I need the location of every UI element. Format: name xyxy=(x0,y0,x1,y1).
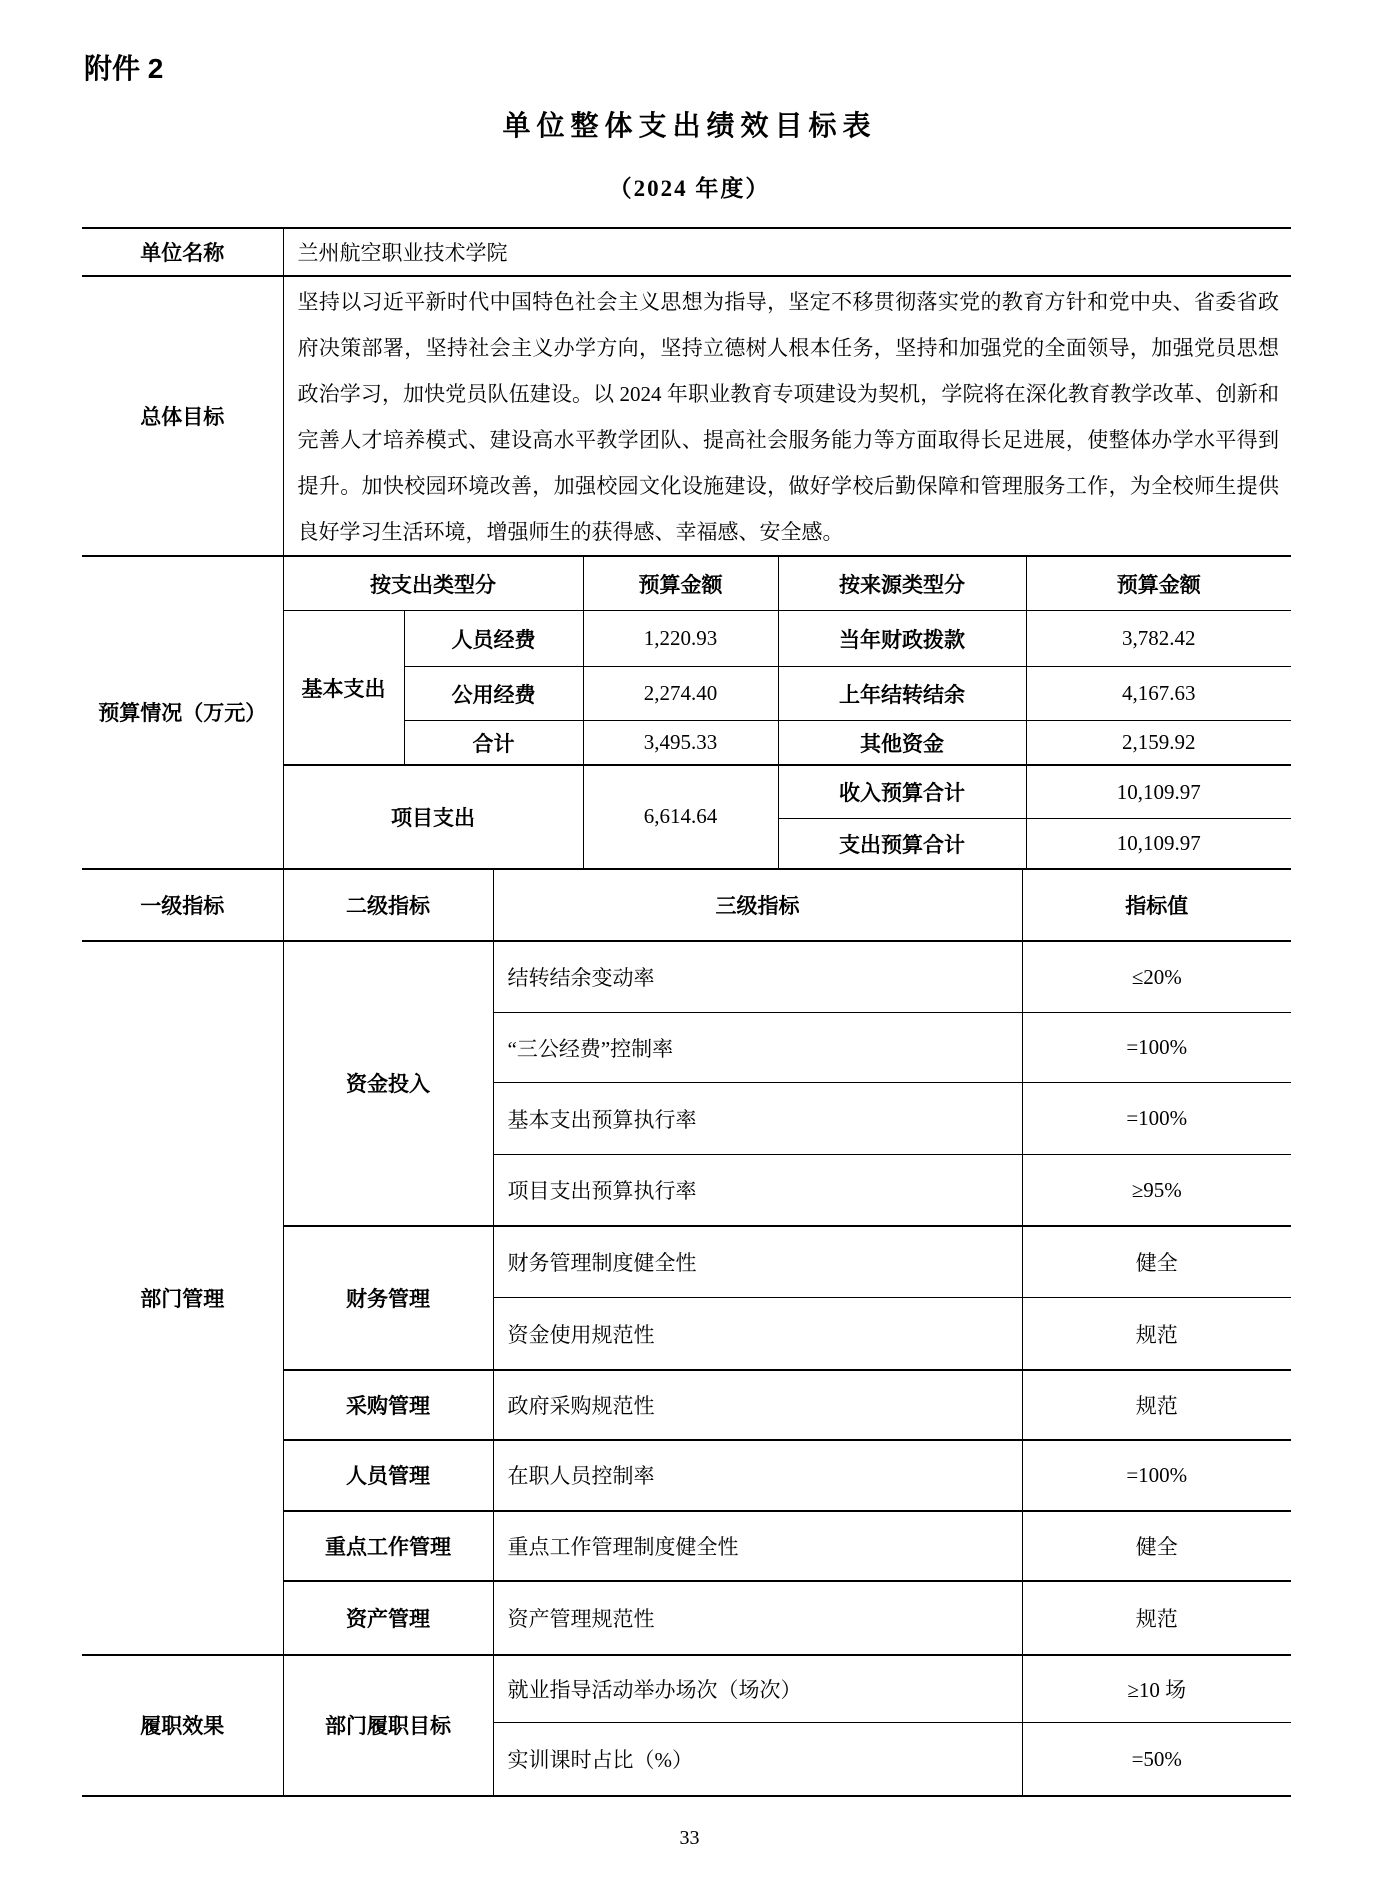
indicator-value: 健全 xyxy=(1022,1226,1291,1298)
indicator-value: ≥10 场 xyxy=(1022,1655,1291,1723)
budget-section-label: 预算情况（万元） xyxy=(82,557,283,869)
overall-goal-text: 坚持以习近平新时代中国特色社会主义思想为指导，坚定不移贯彻落实党的教育方针和党中… xyxy=(283,276,1291,556)
unit-name-label: 单位名称 xyxy=(82,228,283,276)
table-row: 单位名称 兰州航空职业技术学院 xyxy=(82,228,1291,276)
budget-header-amount-right: 预算金额 xyxy=(1026,557,1291,611)
attachment-label: 附件 2 xyxy=(84,52,1379,86)
level2-indicator: 重点工作管理 xyxy=(283,1511,493,1581)
level3-indicator-name: 重点工作管理制度健全性 xyxy=(493,1511,1022,1581)
indicator-value: =100% xyxy=(1022,1440,1291,1511)
document-page: 附件 2 单位整体支出绩效目标表 （2024 年度） 单位名称 兰州航空职业技术… xyxy=(0,0,1379,1880)
project-expenditure-label: 项目支出 xyxy=(283,765,583,869)
level3-indicator-name: 资金使用规范性 xyxy=(493,1298,1022,1370)
table-row: 部门管理 资金投入 结转结余变动率 ≤20% xyxy=(82,941,1291,1013)
table-row: 总体目标 坚持以习近平新时代中国特色社会主义思想为指导，坚定不移贯彻落实党的教育… xyxy=(82,276,1291,556)
level3-indicator-name: 资产管理规范性 xyxy=(493,1581,1022,1655)
indicator-value: ≥95% xyxy=(1022,1155,1291,1226)
source-item-name: 当年财政拨款 xyxy=(778,611,1026,667)
basic-item-name: 公用经费 xyxy=(404,667,583,721)
level2-indicator: 财务管理 xyxy=(283,1226,493,1370)
indicators-table: 一级指标 二级指标 三级指标 指标值 部门管理 资金投入 结转结余变动率 ≤20… xyxy=(82,870,1291,1797)
table-row: 一级指标 二级指标 三级指标 指标值 xyxy=(82,870,1291,941)
level3-indicator-name: 项目支出预算执行率 xyxy=(493,1155,1022,1226)
table-row: 预算情况（万元） 按支出类型分 预算金额 按来源类型分 预算金额 xyxy=(82,557,1291,611)
basic-expenditure-label: 基本支出 xyxy=(283,611,404,765)
document-title: 单位整体支出绩效目标表 xyxy=(0,110,1379,144)
level3-indicator-name: 基本支出预算执行率 xyxy=(493,1083,1022,1155)
budget-header-expenditure-type: 按支出类型分 xyxy=(283,557,583,611)
indicator-value: ≤20% xyxy=(1022,941,1291,1013)
total-item-amount: 10,109.97 xyxy=(1026,765,1291,819)
total-item-name: 收入预算合计 xyxy=(778,765,1026,819)
indicator-header-level1: 一级指标 xyxy=(82,870,283,941)
level3-indicator-name: 财务管理制度健全性 xyxy=(493,1226,1022,1298)
indicator-value: =50% xyxy=(1022,1723,1291,1796)
indicator-header-value: 指标值 xyxy=(1022,870,1291,941)
indicator-value: =100% xyxy=(1022,1013,1291,1083)
table-row: 履职效果 部门履职目标 就业指导活动举办场次（场次） ≥10 场 xyxy=(82,1655,1291,1723)
basic-item-name: 人员经费 xyxy=(404,611,583,667)
level3-indicator-name: 在职人员控制率 xyxy=(493,1440,1022,1511)
indicator-value: 健全 xyxy=(1022,1511,1291,1581)
indicator-header-level2: 二级指标 xyxy=(283,870,493,941)
level2-indicator: 人员管理 xyxy=(283,1440,493,1511)
unit-name-value: 兰州航空职业技术学院 xyxy=(283,228,1291,276)
indicator-value: =100% xyxy=(1022,1083,1291,1155)
level1-indicator: 部门管理 xyxy=(82,941,283,1655)
total-item-amount: 10,109.97 xyxy=(1026,819,1291,869)
source-item-amount: 4,167.63 xyxy=(1026,667,1291,721)
total-item-name: 支出预算合计 xyxy=(778,819,1026,869)
level3-indicator-name: 就业指导活动举办场次（场次） xyxy=(493,1655,1022,1723)
level3-indicator-name: 政府采购规范性 xyxy=(493,1370,1022,1440)
unit-info-table: 单位名称 兰州航空职业技术学院 总体目标 坚持以习近平新时代中国特色社会主义思想… xyxy=(82,227,1291,557)
basic-item-amount: 3,495.33 xyxy=(583,721,778,765)
indicator-header-level3: 三级指标 xyxy=(493,870,1022,941)
level2-indicator: 部门履职目标 xyxy=(283,1655,493,1796)
indicator-value: 规范 xyxy=(1022,1581,1291,1655)
level3-indicator-name: 结转结余变动率 xyxy=(493,941,1022,1013)
source-item-amount: 2,159.92 xyxy=(1026,721,1291,765)
source-item-amount: 3,782.42 xyxy=(1026,611,1291,667)
performance-target-table: 单位名称 兰州航空职业技术学院 总体目标 坚持以习近平新时代中国特色社会主义思想… xyxy=(82,227,1291,1797)
budget-header-amount-left: 预算金额 xyxy=(583,557,778,611)
level1-indicator: 履职效果 xyxy=(82,1655,283,1796)
basic-item-amount: 2,274.40 xyxy=(583,667,778,721)
document-subtitle: （2024 年度） xyxy=(0,175,1379,203)
indicator-value: 规范 xyxy=(1022,1298,1291,1370)
basic-item-amount: 1,220.93 xyxy=(583,611,778,667)
level3-indicator-name: 实训课时占比（%） xyxy=(493,1723,1022,1796)
level2-indicator: 资产管理 xyxy=(283,1581,493,1655)
basic-item-name: 合计 xyxy=(404,721,583,765)
budget-table: 预算情况（万元） 按支出类型分 预算金额 按来源类型分 预算金额 基本支出 人员… xyxy=(82,557,1291,870)
project-expenditure-amount: 6,614.64 xyxy=(583,765,778,869)
indicator-value: 规范 xyxy=(1022,1370,1291,1440)
level2-indicator: 资金投入 xyxy=(283,941,493,1226)
page-number: 33 xyxy=(0,1827,1379,1850)
level2-indicator: 采购管理 xyxy=(283,1370,493,1440)
level3-indicator-name: “三公经费”控制率 xyxy=(493,1013,1022,1083)
overall-goal-label: 总体目标 xyxy=(82,276,283,556)
source-item-name: 上年结转结余 xyxy=(778,667,1026,721)
source-item-name: 其他资金 xyxy=(778,721,1026,765)
budget-header-source-type: 按来源类型分 xyxy=(778,557,1026,611)
